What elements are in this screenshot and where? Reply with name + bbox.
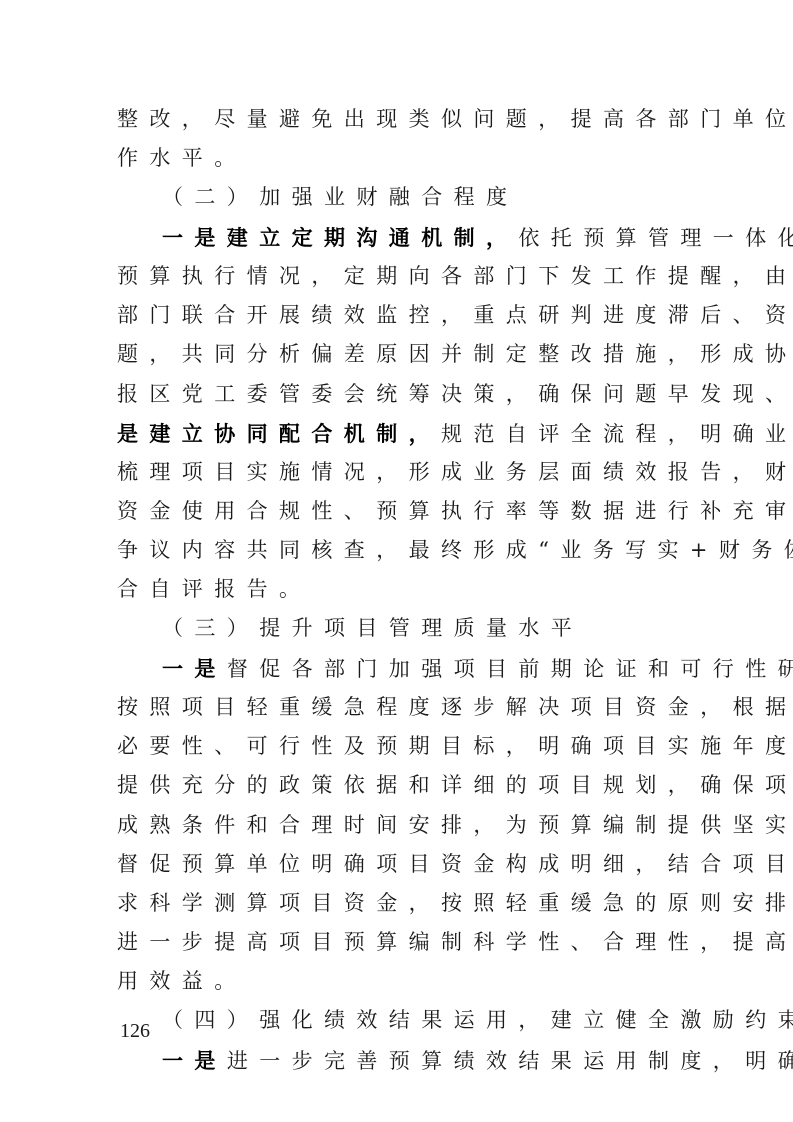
document-body: 整改，尽量避免出现类似问题，提高各部门单位绩效管理工 作水平。 （二）加强业财融… bbox=[117, 100, 683, 1080]
paragraph-text: 成熟条件和合理时间安排，为预算编制提供坚实基础。 bbox=[117, 813, 793, 837]
paragraph-line: 作水平。 bbox=[117, 139, 683, 178]
paragraph-line: 督促预算单位明确项目资金构成明细，结合项目实施实际需 bbox=[117, 845, 683, 884]
bold-lead: 是建立协同配合机制， bbox=[117, 421, 441, 446]
paragraph-line: 是建立协同配合机制，规范自评全流程，明确业务部门需先 bbox=[117, 414, 683, 453]
paragraph-line: 一是进一步完善预算绩效结果运用制度，明确规定评价 bbox=[117, 1041, 683, 1080]
paragraph-line: 整改，尽量避免出现类似问题，提高各部门单位绩效管理工 bbox=[117, 100, 683, 139]
bold-lead: 一是 bbox=[162, 1048, 227, 1073]
paragraph-line: 一是建立定期沟通机制，依托预算管理一体化系统项目 bbox=[117, 218, 683, 257]
paragraph-line: 用效益。 bbox=[117, 962, 683, 1001]
paragraph-line: 预算执行情况，定期向各部门下发工作提醒，由财务与业务 bbox=[117, 257, 683, 296]
paragraph-line: 争议内容共同核查，最终形成“业务写实+财务佐证”的联 bbox=[117, 531, 683, 570]
paragraph-line: 进一步提高项目预算编制科学性、合理性，提高财政资金使 bbox=[117, 923, 683, 962]
paragraph-line: 部门联合开展绩效监控，重点研判进度滞后、资金闲置等问 bbox=[117, 296, 683, 335]
bold-lead: 一是建立定期沟通机制， bbox=[162, 225, 518, 250]
paragraph-line: 梳理项目实施情况，形成业务层面绩效报告，财务部门结合 bbox=[117, 453, 683, 492]
paragraph-line: 成熟条件和合理时间安排，为预算编制提供坚实基础。二是 bbox=[117, 805, 683, 844]
paragraph-line: 报区党工委管委会统筹决策，确保问题早发现、快解决。二 bbox=[117, 374, 683, 413]
paragraph-line: 按照项目轻重缓急程度逐步解决项目资金，根据项目实施的 bbox=[117, 688, 683, 727]
paragraph-line: 必要性、可行性及预期目标，明确项目实施年度任务目标， bbox=[117, 727, 683, 766]
paragraph-text: 进一步完善预算绩效结果运用制度，明确规定评价 bbox=[227, 1049, 793, 1073]
paragraph-line: 求科学测算项目资金，按照轻重缓急的原则安排项目预算， bbox=[117, 884, 683, 923]
section-heading-2: （二）加强业财融合程度 bbox=[117, 178, 683, 217]
section-heading-3: （三）提升项目管理质量水平 bbox=[117, 609, 683, 648]
paragraph-line: 提供充分的政策依据和详细的项目规划，确保项目实施具备 bbox=[117, 766, 683, 805]
page-number: 126 bbox=[120, 1020, 150, 1043]
paragraph-text: 报区党工委管委会统筹决策，确保问题早发现、快解决。 bbox=[117, 382, 793, 406]
paragraph-text: 督促各部门加强项目前期论证和可行性研究工作， bbox=[227, 657, 793, 681]
paragraph-line: 一是督促各部门加强项目前期论证和可行性研究工作， bbox=[117, 649, 683, 688]
section-heading-4: （四）强化绩效结果运用，建立健全激励约束机制 bbox=[117, 1001, 683, 1040]
bold-lead: 一是 bbox=[162, 656, 227, 681]
paragraph-line: 合自评报告。 bbox=[117, 570, 683, 609]
paragraph-text: 规范自评全流程，明确业务部门需先 bbox=[441, 422, 793, 446]
paragraph-text: 依托预算管理一体化系统项目 bbox=[518, 226, 793, 250]
paragraph-line: 题，共同分析偏差原因并制定整改措施，形成协同管控报告， bbox=[117, 335, 683, 374]
paragraph-line: 资金使用合规性、预算执行率等数据进行补充审核，双方对 bbox=[117, 492, 683, 531]
